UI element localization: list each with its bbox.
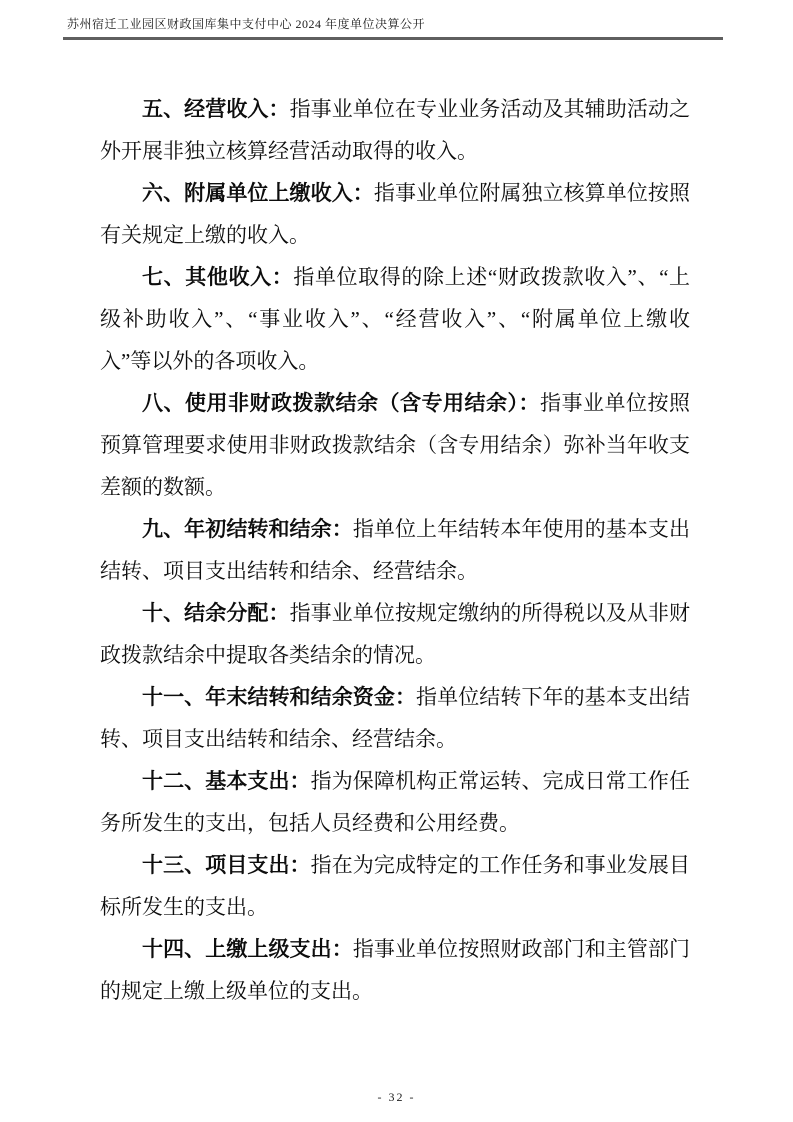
paragraph-lead: 十一、年末结转和结余资金： [142,685,416,709]
definition-paragraph-12: 十二、基本支出：指为保障机构正常运转、完成日常工作任务所发生的支出，包括人员经费… [100,760,690,844]
document-body: 五、经营收入：指事业单位在专业业务活动及其辅助活动之外开展非独立核算经营活动取得… [100,88,690,1012]
paragraph-lead: 六、附属单位上缴收入： [142,181,374,205]
definition-paragraph-5: 五、经营收入：指事业单位在专业业务活动及其辅助活动之外开展非独立核算经营活动取得… [100,88,690,172]
definition-paragraph-6: 六、附属单位上缴收入：指事业单位附属独立核算单位按照有关规定上缴的收入。 [100,172,690,256]
paragraph-lead: 十四、上缴上级支出： [142,937,353,961]
paragraph-lead: 九、年初结转和结余： [142,517,353,541]
definition-paragraph-8: 八、使用非财政拨款结余（含专用结余）：指事业单位按照预算管理要求使用非财政拨款结… [100,382,690,508]
page-footer: - 32 - [0,1088,793,1106]
definition-paragraph-11: 十一、年末结转和结余资金：指单位结转下年的基本支出结转、项目支出结转和结余、经营… [100,676,690,760]
definition-paragraph-13: 十三、项目支出：指在为完成特定的工作任务和事业发展目标所发生的支出。 [100,844,690,928]
paragraph-lead: 八、使用非财政拨款结余（含专用结余）： [142,391,540,415]
page-header-title: 苏州宿迁工业园区财政国库集中支付中心 2024 年度单位决算公开 [63,15,723,32]
paragraph-lead: 十二、基本支出： [142,769,311,793]
definition-paragraph-10: 十、结余分配：指事业单位按规定缴纳的所得税以及从非财政拨款结余中提取各类结余的情… [100,592,690,676]
definition-paragraph-14: 十四、上缴上级支出：指事业单位按照财政部门和主管部门的规定上缴上级单位的支出。 [100,928,690,1012]
definition-paragraph-7: 七、其他收入：指单位取得的除上述“财政拨款收入”、“上级补助收入”、“事业收入”… [100,256,690,382]
document-page: 苏州宿迁工业园区财政国库集中支付中心 2024 年度单位决算公开 五、经营收入：… [0,0,793,1122]
paragraph-lead: 十三、项目支出： [142,853,311,877]
definition-paragraph-9: 九、年初结转和结余：指单位上年结转本年使用的基本支出结转、项目支出结转和结余、经… [100,508,690,592]
page-header: 苏州宿迁工业园区财政国库集中支付中心 2024 年度单位决算公开 [63,15,723,40]
paragraph-lead: 十、结余分配： [142,601,290,625]
page-number: - 32 - [378,1090,416,1104]
paragraph-lead: 七、其他收入： [142,265,293,289]
paragraph-lead: 五、经营收入： [142,97,290,121]
